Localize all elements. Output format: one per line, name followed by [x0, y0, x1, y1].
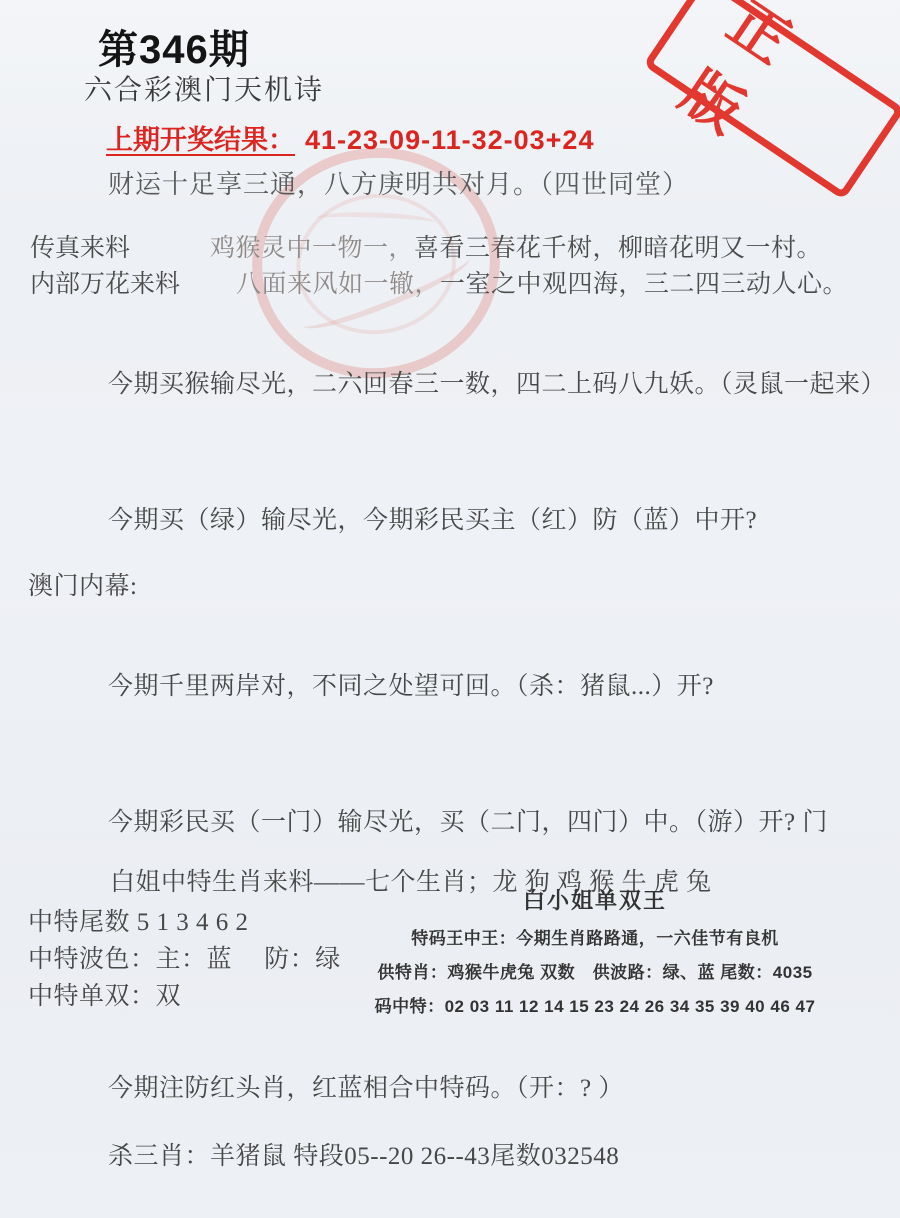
poem-line-1: 财运十足享三通，八方庚明共对月。（四世同堂） [108, 164, 689, 201]
special-wave-color: 中特波色：主：蓝 防：绿 [28, 939, 341, 975]
genuine-edition-stamp-text: 正版 [667, 0, 900, 220]
issue-title: 第346期 [98, 18, 250, 75]
lottery-tip-sheet-page: 正版 第346期 六合彩澳门天机诗 上期开奖结果：41-23-09-11-32-… [0, 0, 900, 1218]
white-lady-block: 白小姐单双王 特码王中王：今期生肖路路通，一六佳节有良机 供特肖：鸡猴牛虎兔 双… [352, 884, 838, 1017]
white-lady-line-3: 码中特：02 03 11 12 14 15 23 24 26 34 35 39 … [352, 992, 838, 1017]
tip-line-qianli: 今期千里两岸对，不同之处望可回。（杀：猪鼠...）开? [108, 666, 714, 702]
last-draw-result-line: 上期开奖结果：41-23-09-11-32-03+24 [106, 118, 594, 157]
fax-material-text-faded: 鸡猴灵中一物一， [210, 235, 414, 262]
kill-three-zodiac-line: 杀三肖：羊猪鼠 特段05--20 26--43尾数032548 [108, 1136, 619, 1172]
white-lady-line-1: 特码王中王：今期生肖路路通，一六佳节有良机 [352, 924, 838, 949]
white-lady-title: 白小姐单双王 [352, 884, 838, 915]
special-tail-numbers: 中特尾数 5 1 3 4 6 2 [28, 902, 249, 938]
fax-material-text: 鸡猴灵中一物一，喜看三春花千树，柳暗花明又一村。 [210, 228, 822, 264]
internal-material-label: 内部万花来料 [30, 264, 180, 300]
tip-line-monkey: 今期买猴输尽光，二六回春三一数，四二上码八九妖。（灵鼠一起来） [108, 364, 886, 400]
internal-material-text-faded: 八面来风如一辙， [236, 271, 440, 298]
last-draw-result-numbers: 41-23-09-11-32-03+24 [305, 125, 594, 155]
tip-line-red-head: 今期注防红头肖，红蓝相合中特码。（开：? ） [108, 1068, 624, 1104]
tip-line-color: 今期买（绿）输尽光，今期彩民买主（红）防（蓝）中开? [108, 500, 757, 536]
fax-material-text-rest: 喜看三春花千树，柳暗花明又一村。 [414, 235, 822, 262]
last-draw-result-label: 上期开奖结果： [106, 125, 295, 155]
internal-material-text-rest: 一室之中观四海，三二四三动人心。 [440, 271, 848, 298]
page-subtitle: 六合彩澳门天机诗 [84, 68, 324, 108]
fax-material-label: 传真来料 [30, 228, 130, 264]
macau-insider-label: 澳门内幕: [28, 566, 137, 602]
tip-line-doors: 今期彩民买（一门）输尽光，买（二门，四门）中。（游）开? 门 [108, 802, 828, 838]
white-lady-line-2: 供特肖：鸡猴牛虎兔 双数 供波路：绿、蓝 尾数：4035 [352, 958, 838, 983]
internal-material-text: 八面来风如一辙，一室之中观四海，三二四三动人心。 [236, 264, 848, 300]
special-odd-even: 中特单双：双 [28, 976, 181, 1012]
